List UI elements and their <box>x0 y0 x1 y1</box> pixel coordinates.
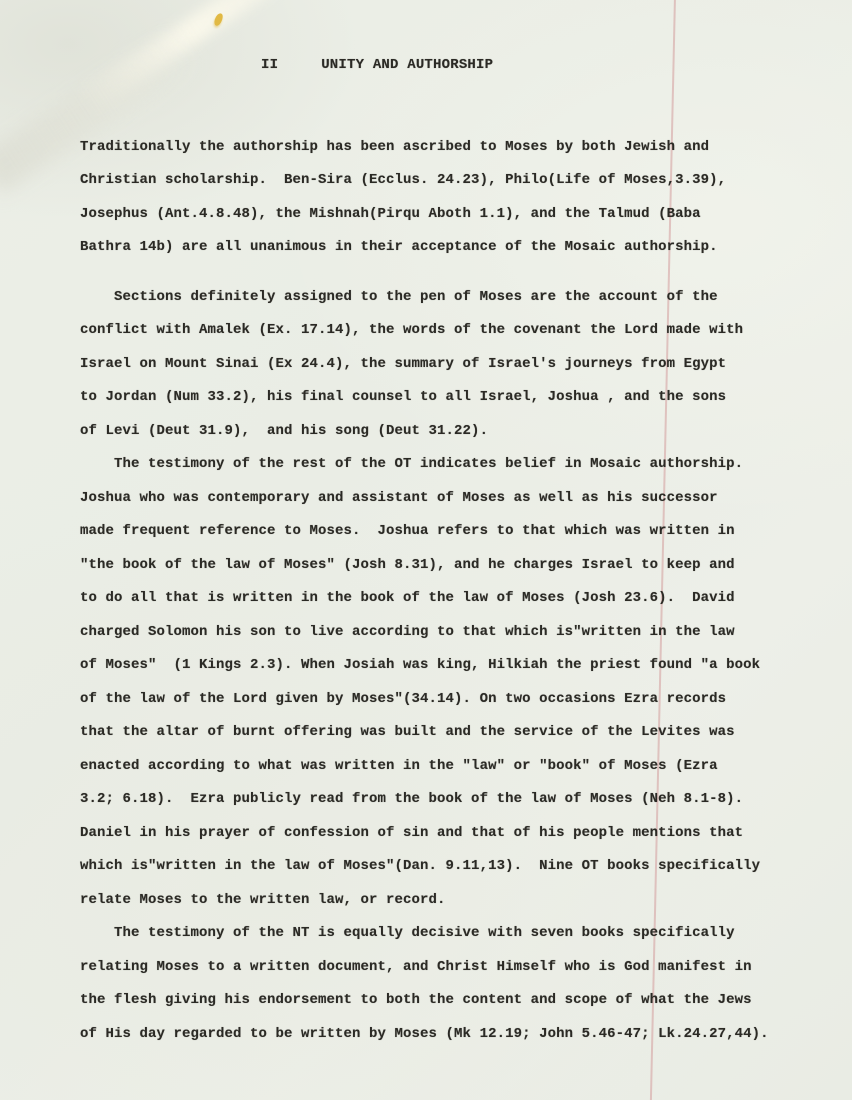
text-line: to Jordan (Num 33.2), his final counsel … <box>80 381 820 415</box>
document-page: II UNITY AND AUTHORSHIP Traditionally th… <box>0 0 852 1100</box>
text-line: charged Solomon his son to live accordin… <box>80 615 820 649</box>
text-line: "the book of the law of Moses" (Josh 8.3… <box>80 548 820 582</box>
text-line: Traditionally the authorship has been as… <box>80 130 820 164</box>
text-line: The testimony of the NT is equally decis… <box>80 917 820 951</box>
text-line: 3.2; 6.18). Ezra publicly read from the … <box>80 783 820 817</box>
text-line: Josephus (Ant.4.8.48), the Mishnah(Pirqu… <box>80 197 820 231</box>
text-line: made frequent reference to Moses. Joshua… <box>80 515 820 549</box>
paragraph-4: The testimony of the NT is equally decis… <box>80 917 820 1051</box>
text-line: Joshua who was contemporary and assistan… <box>80 481 820 515</box>
text-line: relating Moses to a written document, an… <box>80 950 820 984</box>
text-line: Christian scholarship. Ben-Sira (Ecclus.… <box>80 164 820 198</box>
text-line: of the law of the Lord given by Moses"(3… <box>80 682 820 716</box>
paragraph-2: Sections definitely assigned to the pen … <box>80 280 820 448</box>
text-line: relate Moses to the written law, or reco… <box>80 883 820 917</box>
text-line: of Levi (Deut 31.9), and his song (Deut … <box>80 414 820 448</box>
document-body: Traditionally the authorship has been as… <box>80 130 820 1051</box>
text-line: that the altar of burnt offering was bui… <box>80 716 820 750</box>
text-line: the flesh giving his endorsement to both… <box>80 984 820 1018</box>
text-line: Sections definitely assigned to the pen … <box>80 280 820 314</box>
text-line: conflict with Amalek (Ex. 17.14), the wo… <box>80 314 820 348</box>
text-line: Israel on Mount Sinai (Ex 24.4), the sum… <box>80 347 820 381</box>
text-line: to do all that is written in the book of… <box>80 582 820 616</box>
text-line: The testimony of the rest of the OT indi… <box>80 448 820 482</box>
text-line: of His day regarded to be written by Mos… <box>80 1017 820 1051</box>
text-line: Bathra 14b) are all unanimous in their a… <box>80 231 820 265</box>
paragraph-3: The testimony of the rest of the OT indi… <box>80 448 820 917</box>
text-line: enacted according to what was written in… <box>80 749 820 783</box>
page-title: II UNITY AND AUTHORSHIP <box>261 48 493 82</box>
paragraph-1: Traditionally the authorship has been as… <box>80 130 820 264</box>
text-line: which is"written in the law of Moses"(Da… <box>80 850 820 884</box>
text-line: Daniel in his prayer of confession of si… <box>80 816 820 850</box>
text-line: of Moses" (1 Kings 2.3). When Josiah was… <box>80 649 820 683</box>
